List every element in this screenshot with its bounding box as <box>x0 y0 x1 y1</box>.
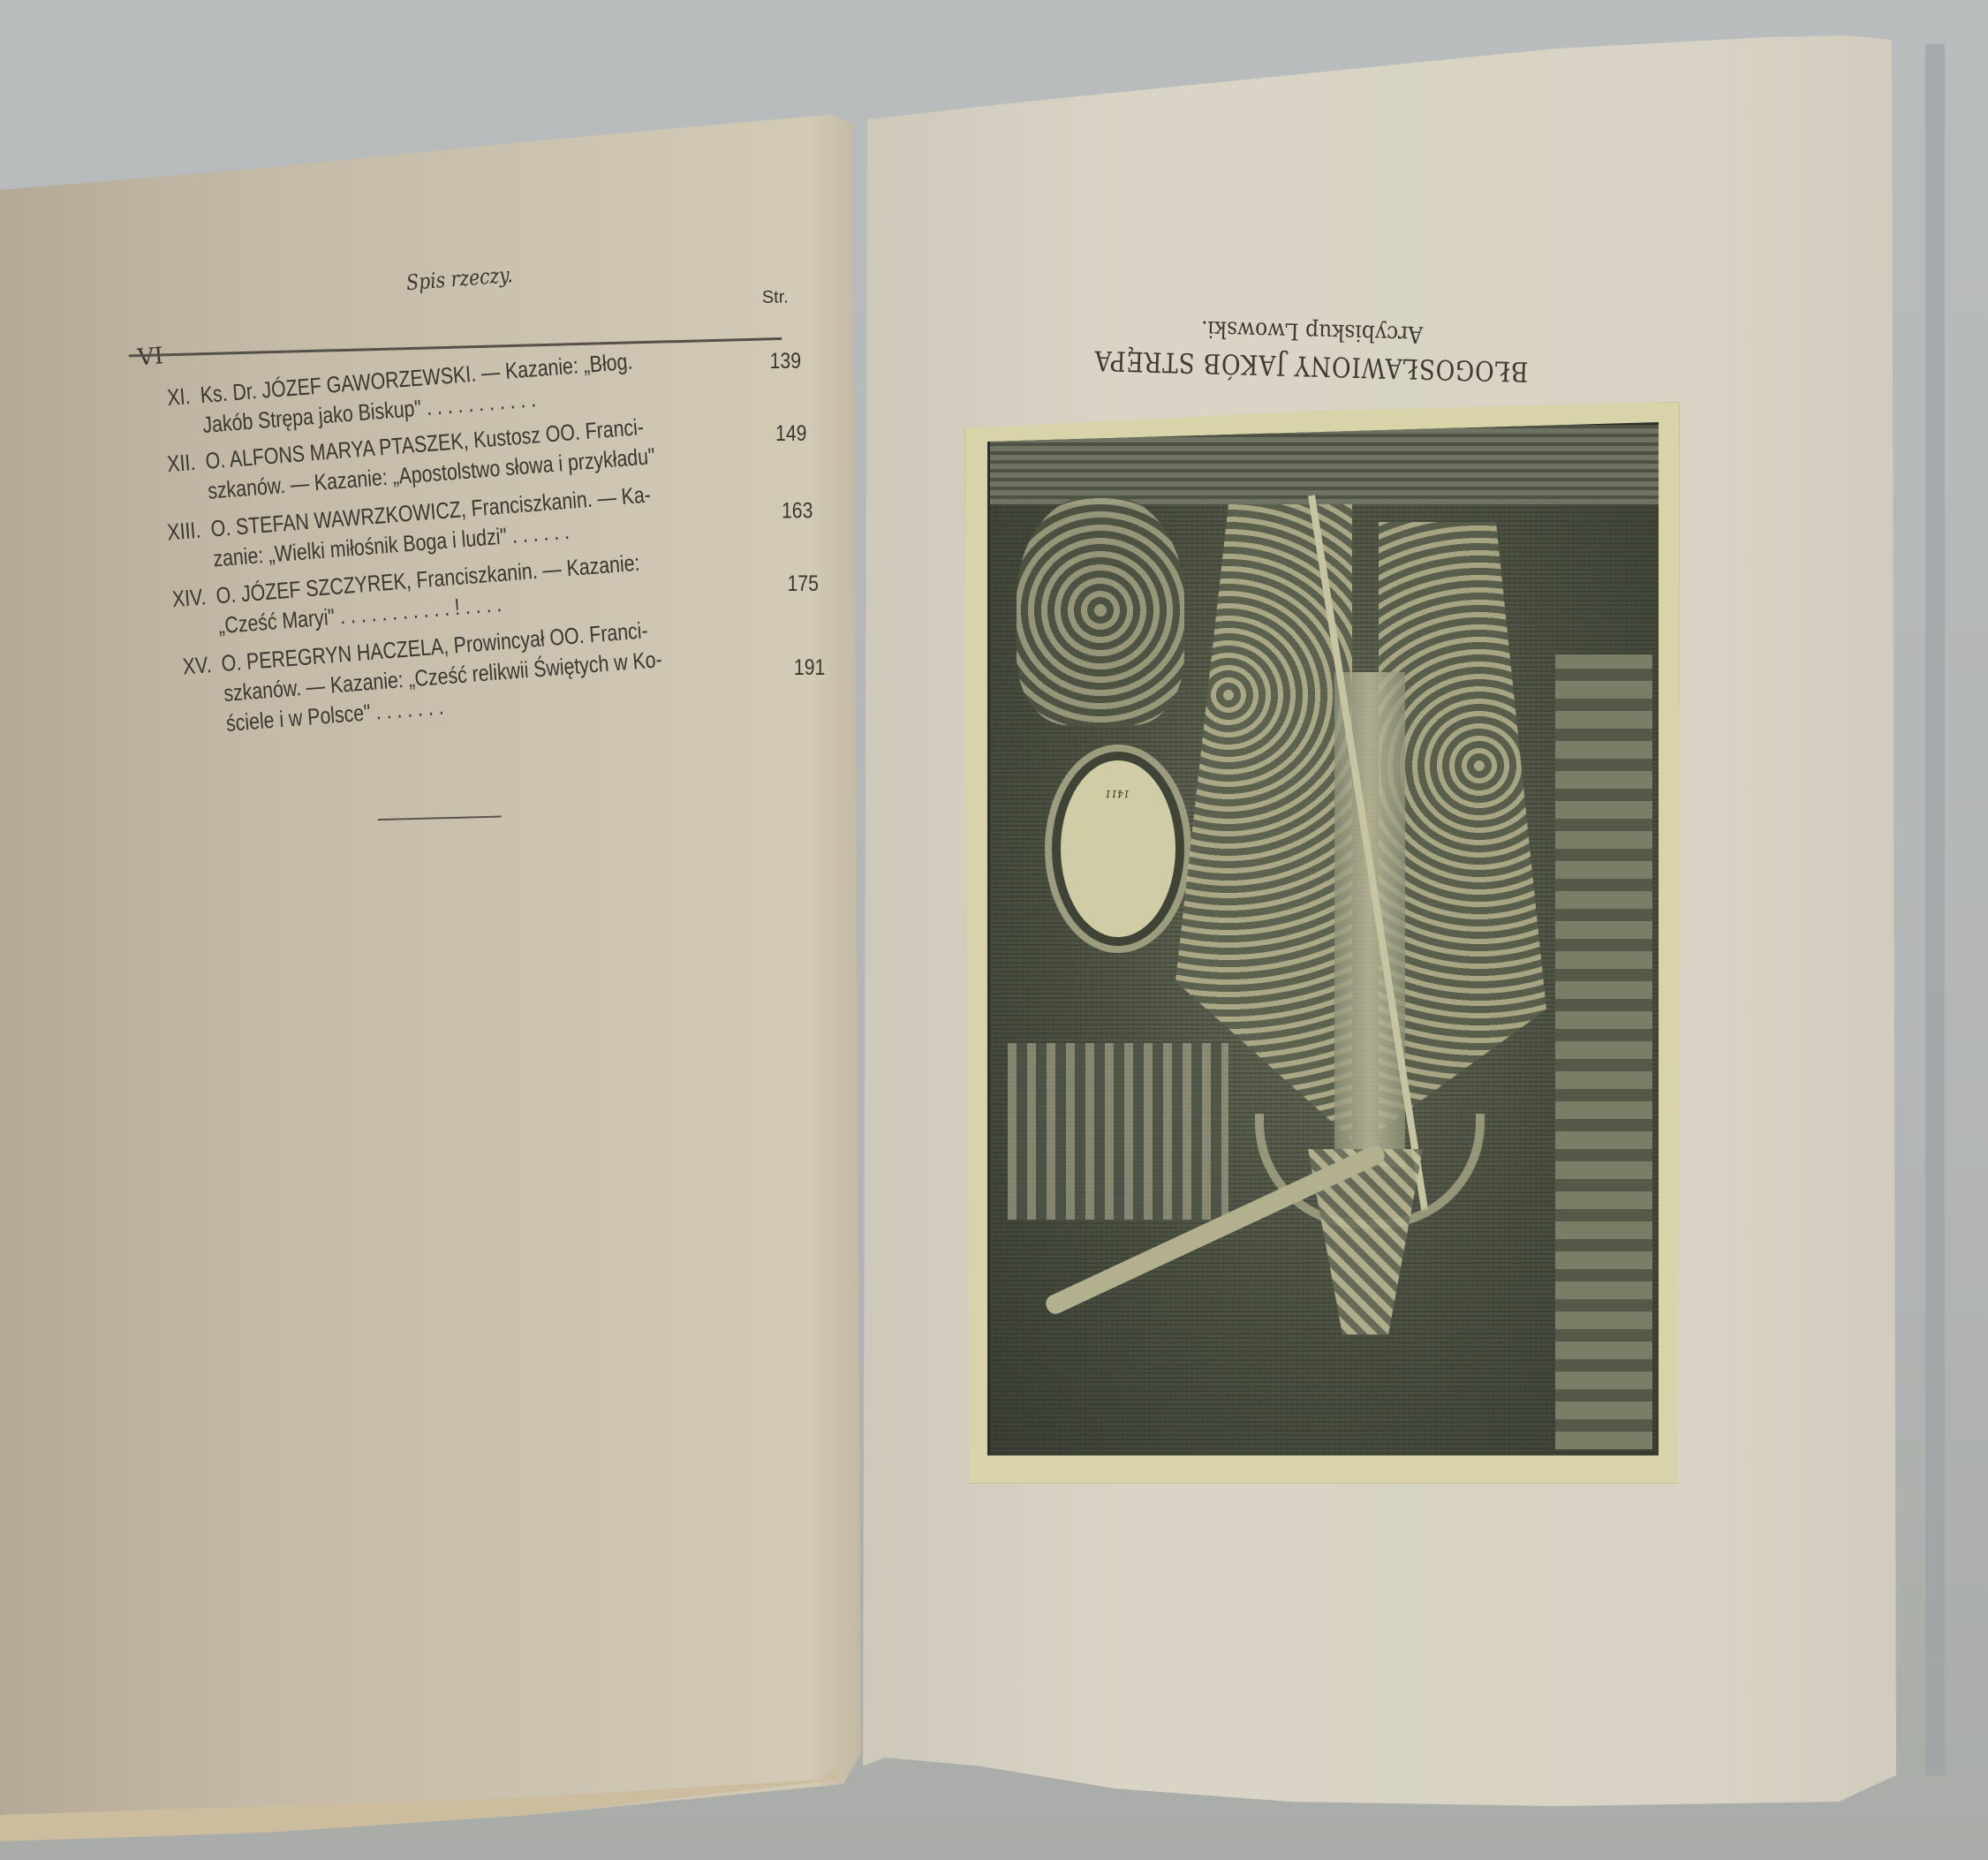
entry-number: XV. <box>170 649 212 682</box>
entry-page: 139 <box>770 349 801 374</box>
page-column-label: Str. <box>762 288 789 308</box>
entry-number: XIV. <box>164 581 207 614</box>
end-rule <box>378 816 502 821</box>
entry-page: 163 <box>782 498 813 524</box>
engraving-plate: 1411 <box>987 422 1664 1461</box>
table-of-contents: Spis rzeczy. VI Str. XI.Ks. Dr. JÓZEF GA… <box>141 236 894 908</box>
floral-wreath <box>1017 495 1184 725</box>
inscription-cartouche: 1411 <box>1052 752 1184 946</box>
header-rule <box>129 337 782 357</box>
city-view <box>1008 1043 1228 1220</box>
entry-number: XII. <box>154 447 196 480</box>
entry-number: XIII. <box>159 515 201 548</box>
page-stack-shadow <box>1925 44 1945 1775</box>
entry-page: 191 <box>794 655 825 681</box>
entry-page: 175 <box>787 571 818 597</box>
architectural-column <box>1555 654 1652 1449</box>
entry-page: 149 <box>775 421 806 447</box>
cartouche-year: 1411 <box>1073 787 1161 799</box>
entry-number: XI. <box>148 381 191 413</box>
alb-garment <box>1334 672 1405 1167</box>
page-folio: VI <box>137 343 164 371</box>
